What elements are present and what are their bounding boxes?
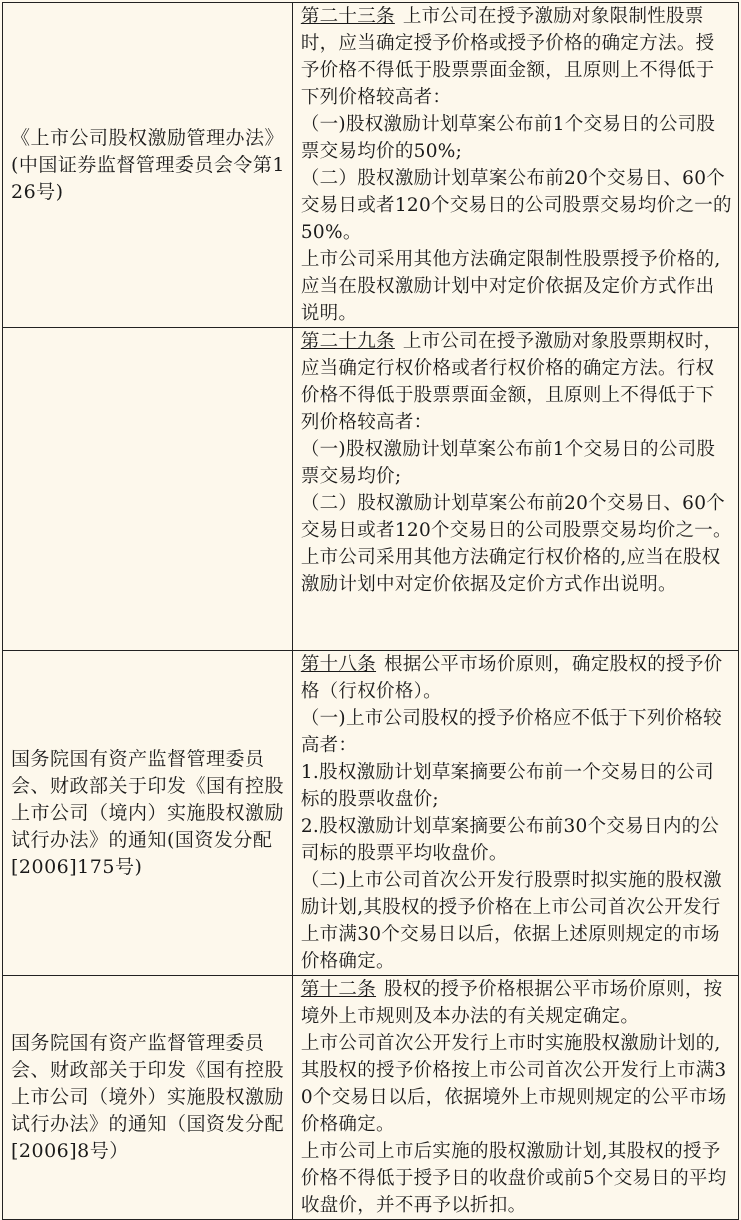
provision-paragraph: （一)股权激励计划草案公布前1个交易日的公司股票交易均价; — [301, 436, 732, 490]
provision-paragraph: （二)上市公司首次公开发行股票时拟实施的股权激励计划,其股权的授予价格在上市公司… — [301, 867, 732, 975]
regulation-comparison-table: 《上市公司股权激励管理办法》(中国证券监督管理委员会令第126号) 第二十三条上… — [2, 2, 739, 1220]
article-number: 第二十三条 — [301, 6, 395, 27]
provision-paragraph: 上市公司上市后实施的股权激励计划,其股权的授予价格不得低于授予日的收盘价或前5个… — [301, 1138, 732, 1219]
provision-text: 第二十三条上市公司在授予激励对象限制性股票时，应当确定授予价格或授予价格的确定方… — [293, 3, 738, 327]
source-cell: 国务院国有资产监督管理委员会、财政部关于印发《国有控股上市公司（境外）实施股权激… — [3, 976, 293, 1220]
provision-paragraph: 1.股权激励计划草案摘要公布前一个交易日的公司标的股票收盘价; — [301, 759, 732, 813]
provision-cell: 第十八条根据公平市场价原则，确定股权的授予价格（行权价格）。 （一)上市公司股权… — [292, 651, 738, 976]
source-cell: 《上市公司股权激励管理办法》(中国证券监督管理委员会令第126号) — [3, 3, 293, 328]
provision-paragraph: 上市公司首次公开发行上市时实施股权激励计划的,其股权的授予价格按上市公司首次公开… — [301, 1030, 732, 1138]
provision-paragraph: （二）股权激励计划草案公布前20个交易日、60个交易日或者120个交易日的公司股… — [301, 165, 732, 246]
provision-cell: 第十二条股权的授予价格根据公平市场价原则，按境外上市规则及本办法的有关规定确定。… — [292, 976, 738, 1220]
provision-paragraph: 上市公司采用其他方法确定行权价格的,应当在股权激励计划中对定价依据及定价方式作出… — [301, 544, 732, 598]
provision-text: 第二十九条上市公司在授予激励对象股票期权时，应当确定行权价格或者行权价格的确定方… — [293, 328, 738, 598]
article-number: 第十二条 — [301, 979, 376, 1000]
article-number: 第二十九条 — [301, 331, 395, 352]
source-cell: 国务院国有资产监督管理委员会、财政部关于印发《国有控股上市公司（境内）实施股权激… — [3, 651, 293, 976]
provision-paragraph: 2.股权激励计划草案摘要公布前30个交易日内的公司标的股票平均收盘价。 — [301, 813, 732, 867]
provision-text: 第十八条根据公平市场价原则，确定股权的授予价格（行权价格）。 （一)上市公司股权… — [293, 651, 738, 975]
provision-text: 第十二条股权的授予价格根据公平市场价原则，按境外上市规则及本办法的有关规定确定。… — [293, 976, 738, 1219]
table-row: 《上市公司股权激励管理办法》(中国证券监督管理委员会令第126号) 第二十三条上… — [3, 3, 739, 328]
provision-paragraph: （一)股权激励计划草案公布前1个交易日的公司股票交易均价的50%; — [301, 111, 732, 165]
provision-paragraph: （一)上市公司股权的授予价格应不低于下列价格较高者： — [301, 705, 732, 759]
provision-paragraph: 上市公司采用其他方法确定限制性股票授予价格的,应当在股权激励计划中对定价依据及定… — [301, 246, 732, 327]
provision-cell: 第二十三条上市公司在授予激励对象限制性股票时，应当确定授予价格或授予价格的确定方… — [292, 3, 738, 328]
regulation-source: 国务院国有资产监督管理委员会、财政部关于印发《国有控股上市公司（境外）实施股权激… — [3, 1030, 292, 1165]
table-row: 国务院国有资产监督管理委员会、财政部关于印发《国有控股上市公司（境内）实施股权激… — [3, 651, 739, 976]
provision-paragraph: （二）股权激励计划草案公布前20个交易日、60个交易日或者120个交易日的公司股… — [301, 490, 732, 544]
source-cell — [3, 328, 293, 651]
provision-paragraph: 第十八条根据公平市场价原则，确定股权的授予价格（行权价格）。 — [301, 651, 732, 705]
regulation-source: 《上市公司股权激励管理办法》(中国证券监督管理委员会令第126号) — [3, 125, 292, 206]
provision-paragraph: 第二十三条上市公司在授予激励对象限制性股票时，应当确定授予价格或授予价格的确定方… — [301, 3, 732, 111]
provision-paragraph: 第二十九条上市公司在授予激励对象股票期权时，应当确定行权价格或者行权价格的确定方… — [301, 328, 732, 436]
article-number: 第十八条 — [301, 654, 376, 675]
table-row: 国务院国有资产监督管理委员会、财政部关于印发《国有控股上市公司（境外）实施股权激… — [3, 976, 739, 1220]
table-row: 第二十九条上市公司在授予激励对象股票期权时，应当确定行权价格或者行权价格的确定方… — [3, 328, 739, 651]
provision-paragraph: 第十二条股权的授予价格根据公平市场价原则，按境外上市规则及本办法的有关规定确定。 — [301, 976, 732, 1030]
regulation-source: 国务院国有资产监督管理委员会、财政部关于印发《国有控股上市公司（境内）实施股权激… — [3, 746, 292, 881]
provision-cell: 第二十九条上市公司在授予激励对象股票期权时，应当确定行权价格或者行权价格的确定方… — [292, 328, 738, 651]
